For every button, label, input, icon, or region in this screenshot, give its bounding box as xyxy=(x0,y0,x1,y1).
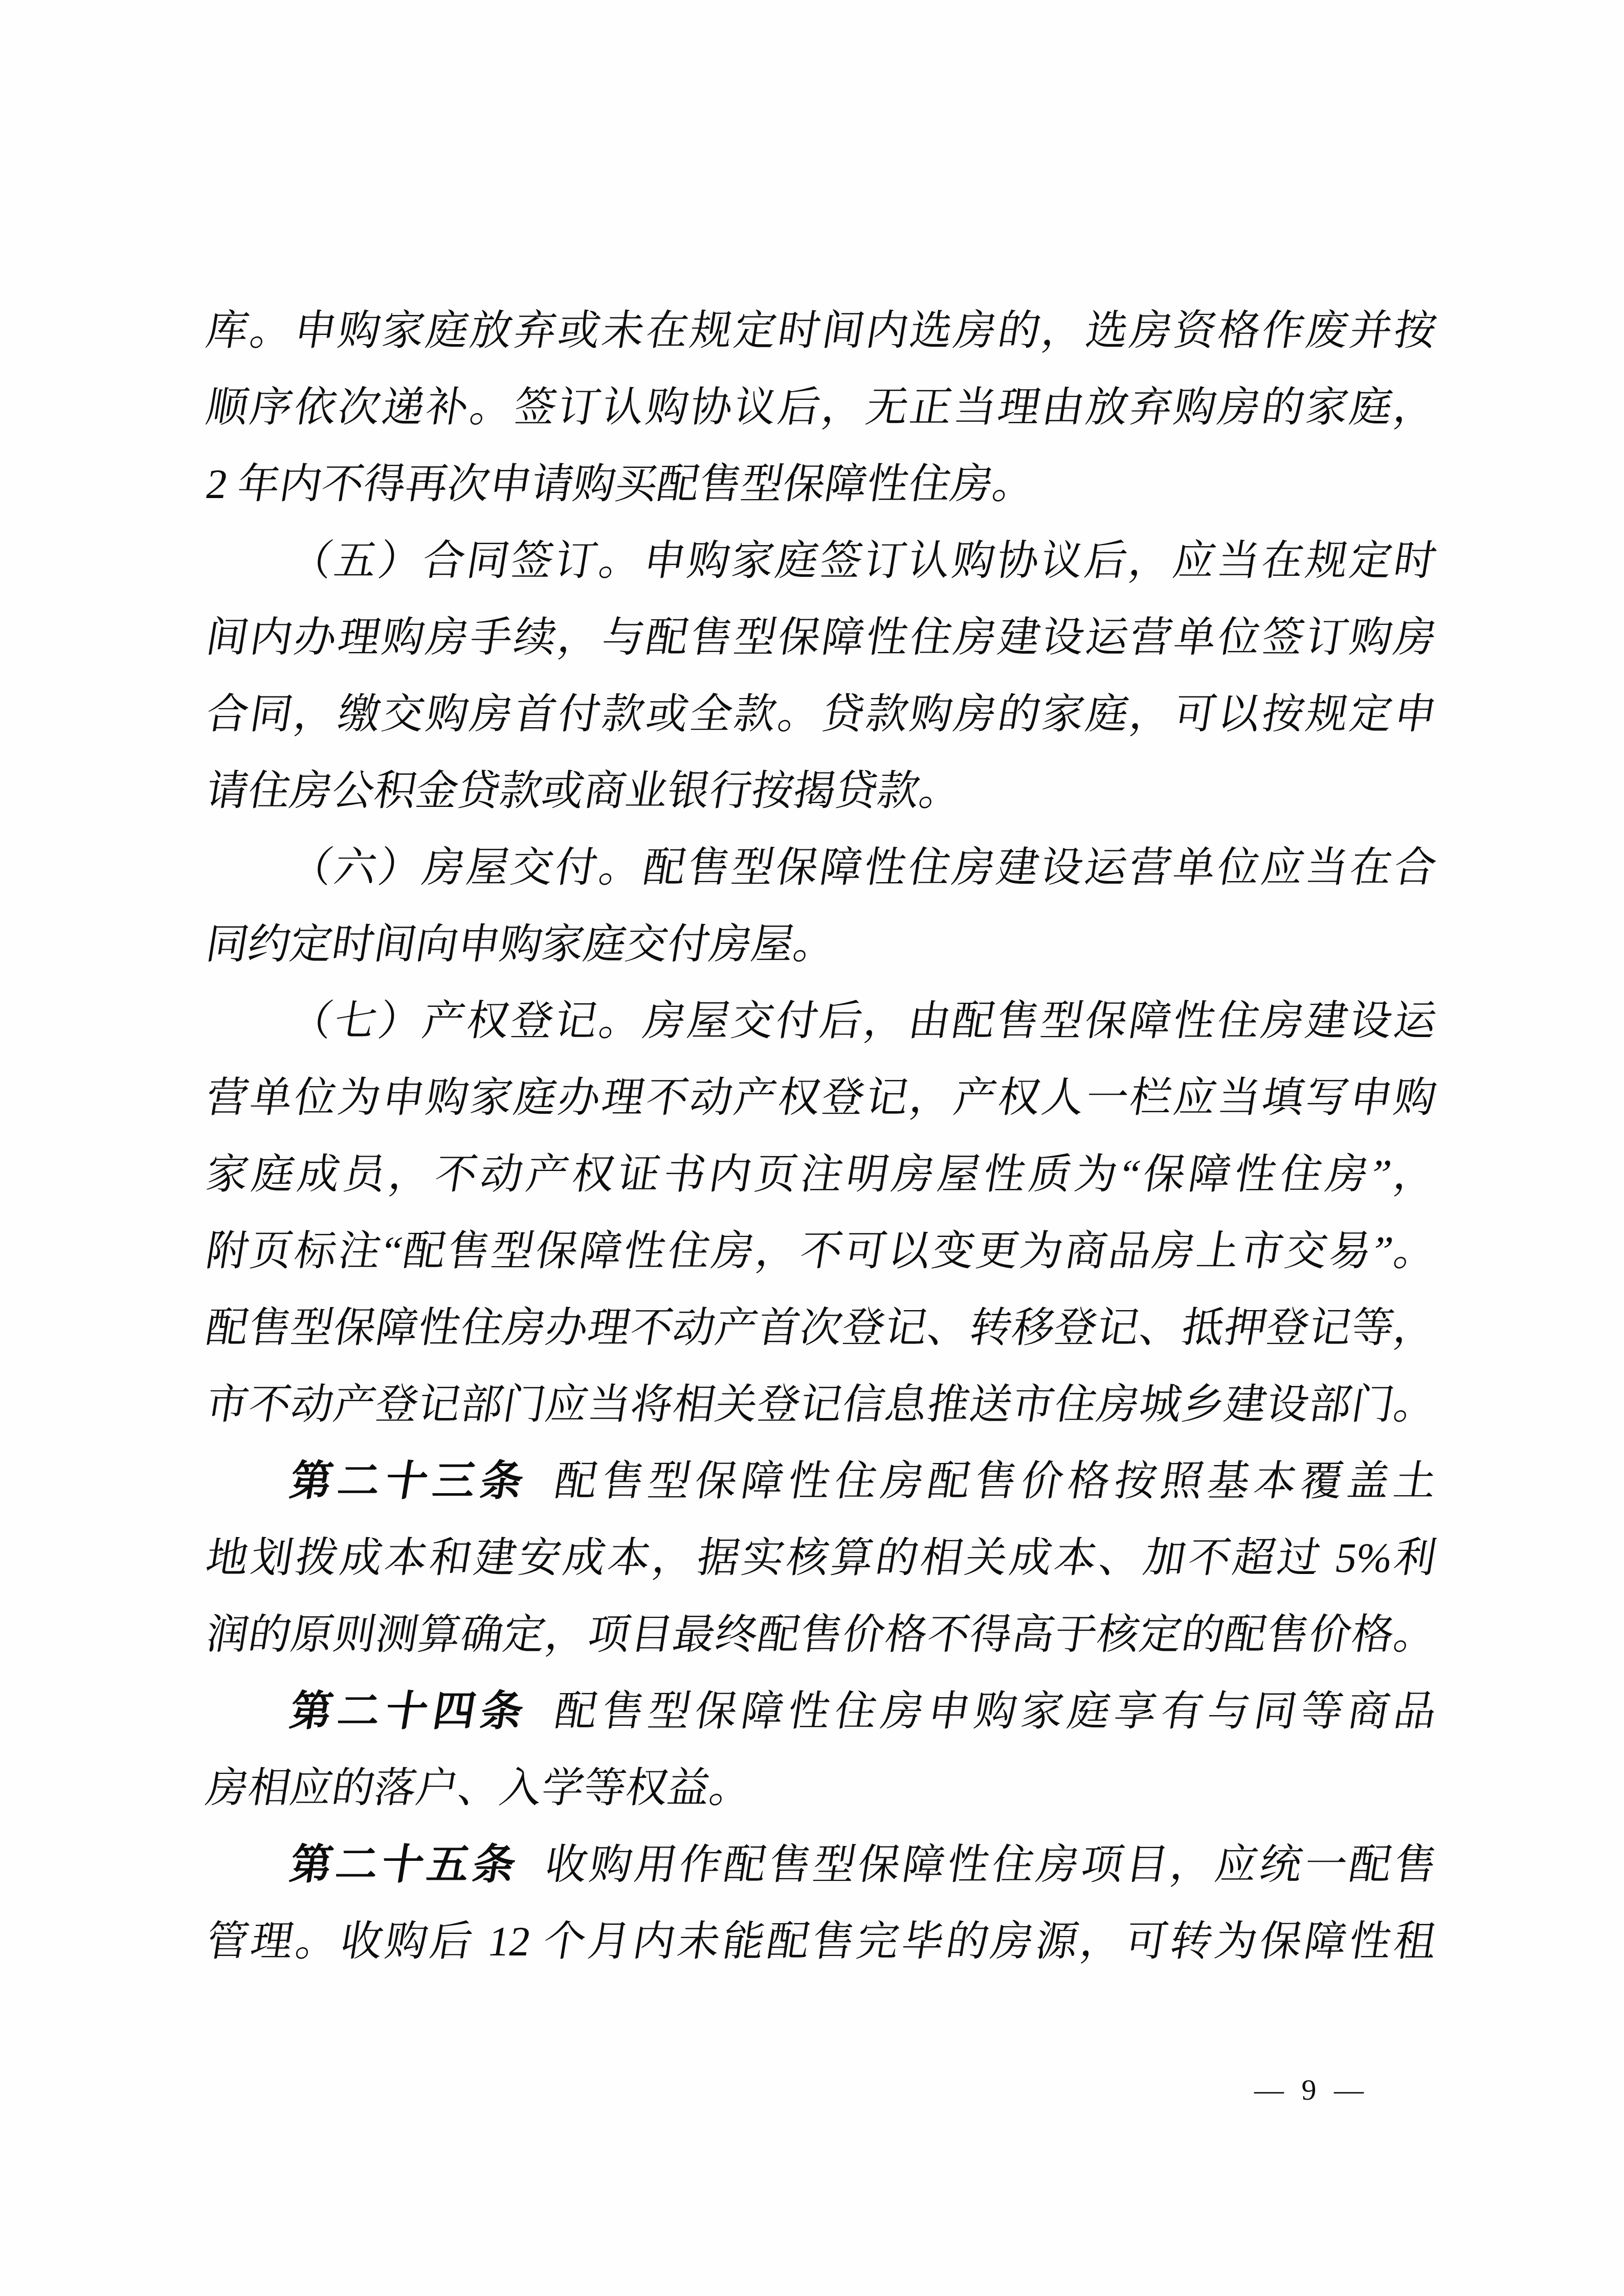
line-text: 收购用作配售型保障性住房项目，应统一配售 xyxy=(542,1841,1440,1888)
article-number: 第二十四条 xyxy=(287,1688,532,1735)
line-text: 顺序依次递补。签订认购协议后，无正当理由放弃购房的家庭， xyxy=(203,384,1440,431)
line-text: （五）合同签订。申购家庭签订认购协议后，应当在规定时 xyxy=(287,537,1440,584)
line-text: 润的原则测算确定，项目最终配售价格不得高于核定的配售价格。 xyxy=(203,1611,1440,1658)
line-text: 营单位为申购家庭办理不动产权登记，产权人一栏应当填写申购 xyxy=(203,1074,1440,1121)
article-number: 第二十三条 xyxy=(287,1458,532,1504)
line-text: 配售型保障性住房配售价格按照基本覆盖土 xyxy=(551,1458,1440,1504)
line-text: 库。申购家庭放弃或未在规定时间内选房的，选房资格作废并按 xyxy=(203,307,1440,354)
text-line: 管理。收购后 12 个月内未能配售完毕的房源，可转为保障性租 xyxy=(201,1903,1442,1980)
line-text: 合同，缴交购房首付款或全款。贷款购房的家庭，可以按规定申 xyxy=(203,691,1440,737)
text-line: （七）产权登记。房屋交付后，由配售型保障性住房建设运 xyxy=(201,983,1442,1060)
scanned-document-page: { "page": { "background": "#fefefe", "te… xyxy=(0,0,1624,2296)
line-text: 同约定时间向申购家庭交付房屋。 xyxy=(203,921,839,967)
line-text: 2 年内不得再次申请购买配售型保障性住房。 xyxy=(203,461,1039,507)
text-line: 市不动产登记部门应当将相关登记信息推送市住房城乡建设部门。 xyxy=(201,1366,1442,1443)
text-line: 房相应的落户、入学等权益。 xyxy=(201,1750,1442,1827)
line-text: （六）房屋交付。配售型保障性住房建设运营单位应当在合 xyxy=(287,844,1440,891)
text-line: 配售型保障性住房办理不动产首次登记、转移登记、抵押登记等， xyxy=(201,1290,1442,1366)
line-text: 管理。收购后 12 个月内未能配售完毕的房源，可转为保障性租 xyxy=(203,1918,1440,1965)
text-line: 库。申购家庭放弃或未在规定时间内选房的，选房资格作废并按 xyxy=(201,292,1442,369)
text-line: （六）房屋交付。配售型保障性住房建设运营单位应当在合 xyxy=(201,829,1442,906)
line-text: 市不动产登记部门应当将相关登记信息推送市住房城乡建设部门。 xyxy=(203,1381,1440,1428)
text-line: （五）合同签订。申购家庭签订认购协议后，应当在规定时 xyxy=(201,523,1442,599)
text-line: 顺序依次递补。签订认购协议后，无正当理由放弃购房的家庭， xyxy=(201,369,1442,446)
article-number: 第二十五条 xyxy=(287,1841,523,1888)
text-line: 第二十四条配售型保障性住房申购家庭享有与同等商品 xyxy=(201,1673,1442,1750)
text-line: 家庭成员，不动产权证书内页注明房屋性质为“保障性住房”， xyxy=(201,1136,1442,1213)
text-line: 2 年内不得再次申请购买配售型保障性住房。 xyxy=(201,446,1442,523)
text-line: 请住房公积金贷款或商业银行按揭贷款。 xyxy=(201,753,1442,829)
text-line: 附页标注“配售型保障性住房，不可以变更为商品房上市交易”。 xyxy=(201,1213,1442,1290)
line-text: 间内办理购房手续，与配售型保障性住房建设运营单位签订购房 xyxy=(203,614,1440,661)
text-line: 第二十五条收购用作配售型保障性住房项目，应统一配售 xyxy=(201,1827,1442,1903)
page-number: — 9 — xyxy=(1254,2072,1369,2108)
line-text: 地划拨成本和建安成本，据实核算的相关成本、加不超过 5%利 xyxy=(203,1535,1440,1581)
text-line: 润的原则测算确定，项目最终配售价格不得高于核定的配售价格。 xyxy=(201,1596,1442,1673)
line-text: 请住房公积金贷款或商业银行按揭贷款。 xyxy=(203,768,965,814)
line-text: （七）产权登记。房屋交付后，由配售型保障性住房建设运 xyxy=(287,998,1440,1044)
text-line: 第二十三条配售型保障性住房配售价格按照基本覆盖土 xyxy=(201,1443,1442,1520)
line-text: 家庭成员，不动产权证书内页注明房屋性质为“保障性住房”， xyxy=(203,1151,1440,1198)
text-line: 间内办理购房手续，与配售型保障性住房建设运营单位签订购房 xyxy=(201,599,1442,676)
text-line: 合同，缴交购房首付款或全款。贷款购房的家庭，可以按规定申 xyxy=(201,676,1442,753)
line-text: 附页标注“配售型保障性住房，不可以变更为商品房上市交易”。 xyxy=(203,1228,1440,1274)
line-text: 房相应的落户、入学等权益。 xyxy=(203,1765,755,1811)
line-text: 配售型保障性住房办理不动产首次登记、转移登记、抵押登记等， xyxy=(203,1304,1440,1351)
text-line: 地划拨成本和建安成本，据实核算的相关成本、加不超过 5%利 xyxy=(201,1520,1442,1596)
document-body: 库。申购家庭放弃或未在规定时间内选房的，选房资格作废并按顺序依次递补。签订认购协… xyxy=(201,292,1430,1980)
line-text: 配售型保障性住房申购家庭享有与同等商品 xyxy=(551,1688,1440,1735)
text-line: 营单位为申购家庭办理不动产权登记，产权人一栏应当填写申购 xyxy=(201,1060,1442,1136)
text-line: 同约定时间向申购家庭交付房屋。 xyxy=(201,906,1442,983)
